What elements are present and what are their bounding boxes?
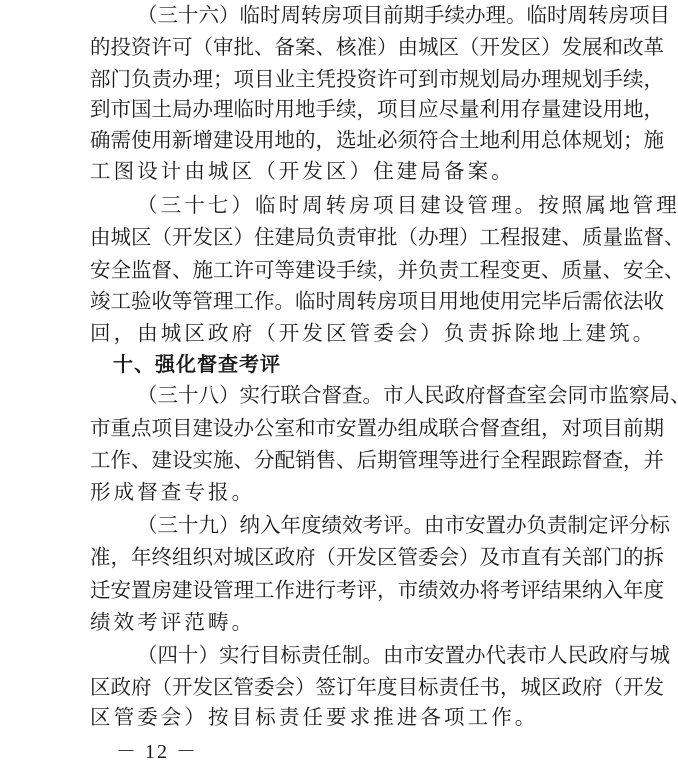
paragraph-37-line-4: 竣工验收等管理工作。临时周转房项目用地使用完毕后需依法收 (90, 286, 608, 316)
paragraph-40-line-3: 区管委会）按目标责任要求推进各项工作。 (90, 702, 608, 732)
document-page: （三十六）临时周转房项目前期手续办理。临时周转房项目 的投资许可（审批、备案、核… (0, 0, 678, 768)
paragraph-40-line-1: （四十）实行目标责任制。由市安置办代表市人民政府与城 (137, 640, 608, 670)
paragraph-37-line-2: 由城区（开发区）住建局负责审批（办理）工程报建、质量监督、 (90, 222, 608, 252)
paragraph-37-line-5: 回，由城区政府（开发区管委会）负责拆除地上建筑。 (90, 318, 608, 348)
paragraph-39-line-2: 准，年终组织对城区政府（开发区管委会）及市直有关部门的拆 (90, 542, 608, 572)
paragraph-39-line-1: （三十九）纳入年度绩效考评。由市安置办负责制定评分标 (137, 510, 608, 540)
paragraph-36-line-1: （三十六）临时周转房项目前期手续办理。临时周转房项目 (137, 0, 608, 30)
paragraph-36-line-5: 确需使用新增建设用地的，选址必须符合土地利用总体规划；施 (90, 125, 608, 155)
paragraph-36-line-3: 部门负责办理；项目业主凭投资许可到市规划局办理规划手续， (90, 64, 608, 94)
paragraph-36-line-6: 工图设计由城区（开发区）住建局备案。 (90, 156, 608, 186)
paragraph-38-line-4: 形成督查专报。 (90, 477, 608, 507)
paragraph-39-line-3: 迁安置房建设管理工作进行考评，市绩效办将考评结果纳入年度 (90, 575, 608, 605)
paragraph-38-line-2: 市重点项目建设办公室和市安置办组成联合督查组，对项目前期 (90, 413, 608, 443)
paragraph-39-line-4: 绩效考评范畴。 (90, 607, 608, 637)
paragraph-38-line-1: （三十八）实行联合督查。市人民政府督查室会同市监察局、 (137, 380, 608, 410)
paragraph-40-line-2: 区政府（开发区管委会）签订年度目标责任书，城区政府（开发 (90, 672, 608, 702)
paragraph-38-line-3: 工作、建设实施、分配销售、后期管理等进行全程跟踪督查，并 (90, 445, 608, 475)
paragraph-36-line-2: 的投资许可（审批、备案、核准）由城区（开发区）发展和改革 (90, 32, 608, 62)
section-heading: 十、强化督查考评 (113, 349, 281, 379)
paragraph-36-line-4: 到市国土局办理临时用地手续，项目应尽量利用存量建设用地， (90, 94, 608, 124)
paragraph-37-line-3: 安全监督、施工许可等建设手续，并负责工程变更、质量、安全、 (90, 255, 608, 285)
paragraph-37-line-1: （三十七）临时周转房项目建设管理。按照属地管理原则， (137, 190, 608, 220)
page-number: － 12 － (116, 738, 198, 766)
